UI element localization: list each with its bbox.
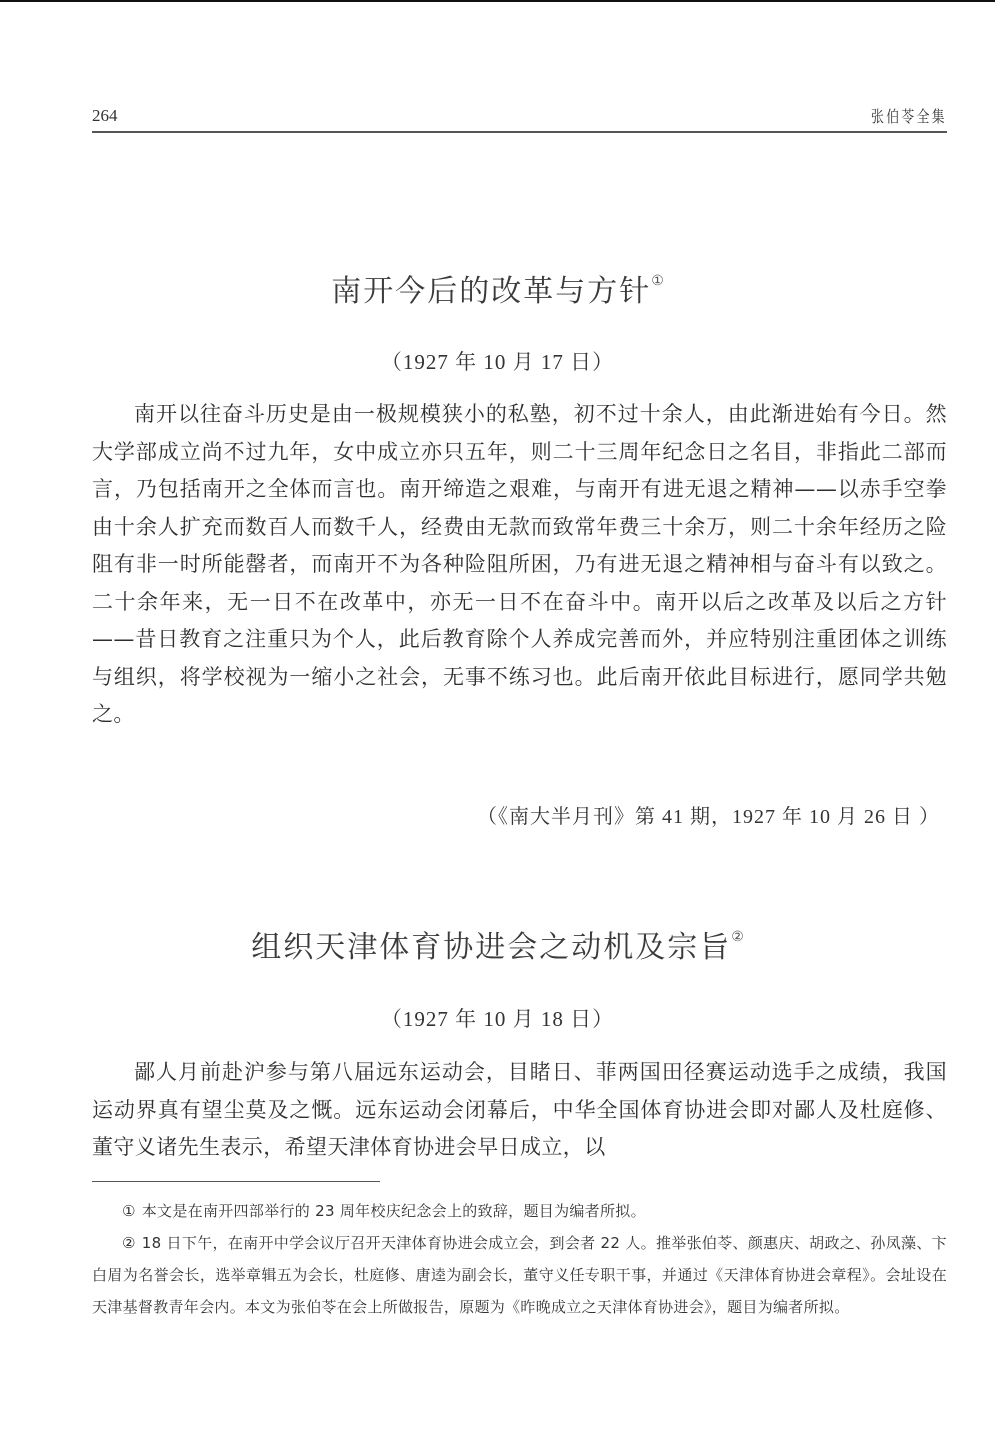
- running-head: 264 张伯苓全集: [92, 104, 947, 128]
- footnote-rule: [92, 1181, 380, 1182]
- article-title: 南开今后的改革与方针①: [0, 266, 995, 310]
- page-number: 264: [92, 106, 118, 126]
- article-title: 组织天津体育协进会之动机及宗旨②: [0, 922, 995, 966]
- paragraph: 鄙人月前赴沪参与第八届远东运动会，目睹日、菲两国田径赛运动选手之成绩，我国运动界…: [92, 1054, 947, 1167]
- page-top-edge: [0, 0, 995, 2]
- article-body: 南开以往奋斗历史是由一极规模狭小的私塾，初不过十余人，由此渐进始有今日。然大学部…: [92, 396, 947, 734]
- footnote-text: 18 日下午，在南开中学会议厅召开天津体育协进会成立会，到会者 22 人。推举张…: [92, 1234, 947, 1316]
- footnote-ref[interactable]: ②: [731, 929, 744, 945]
- footnote: ①本文是在南开四部举行的 23 周年校庆纪念会上的致辞，题目为编者所拟。: [92, 1195, 947, 1227]
- source-citation: （《南大半月刊》第 41 期，1927 年 10 月 26 日 ）: [92, 800, 940, 829]
- book-title: 张伯苓全集: [871, 104, 947, 127]
- article-body: 鄙人月前赴沪参与第八届远东运动会，目睹日、菲两国田径赛运动选手之成绩，我国运动界…: [92, 1054, 947, 1167]
- paragraph: 南开以往奋斗历史是由一极规模狭小的私塾，初不过十余人，由此渐进始有今日。然大学部…: [92, 396, 947, 734]
- article-title-text: 组织天津体育协进会之动机及宗旨: [251, 930, 731, 965]
- footnote: ②18 日下午，在南开中学会议厅召开天津体育协进会成立会，到会者 22 人。推举…: [92, 1227, 947, 1323]
- article-date: （1927 年 10 月 18 日）: [0, 1003, 995, 1033]
- footnote-marker: ①: [122, 1202, 136, 1220]
- header-rule: [92, 131, 947, 133]
- footnote-marker: ②: [122, 1234, 136, 1252]
- footnotes: ①本文是在南开四部举行的 23 周年校庆纪念会上的致辞，题目为编者所拟。 ②18…: [92, 1195, 947, 1323]
- footnote-ref[interactable]: ①: [651, 273, 664, 289]
- footnote-text: 本文是在南开四部举行的 23 周年校庆纪念会上的致辞，题目为编者所拟。: [142, 1202, 646, 1220]
- article-date: （1927 年 10 月 17 日）: [0, 346, 995, 376]
- article-title-text: 南开今后的改革与方针: [331, 274, 651, 309]
